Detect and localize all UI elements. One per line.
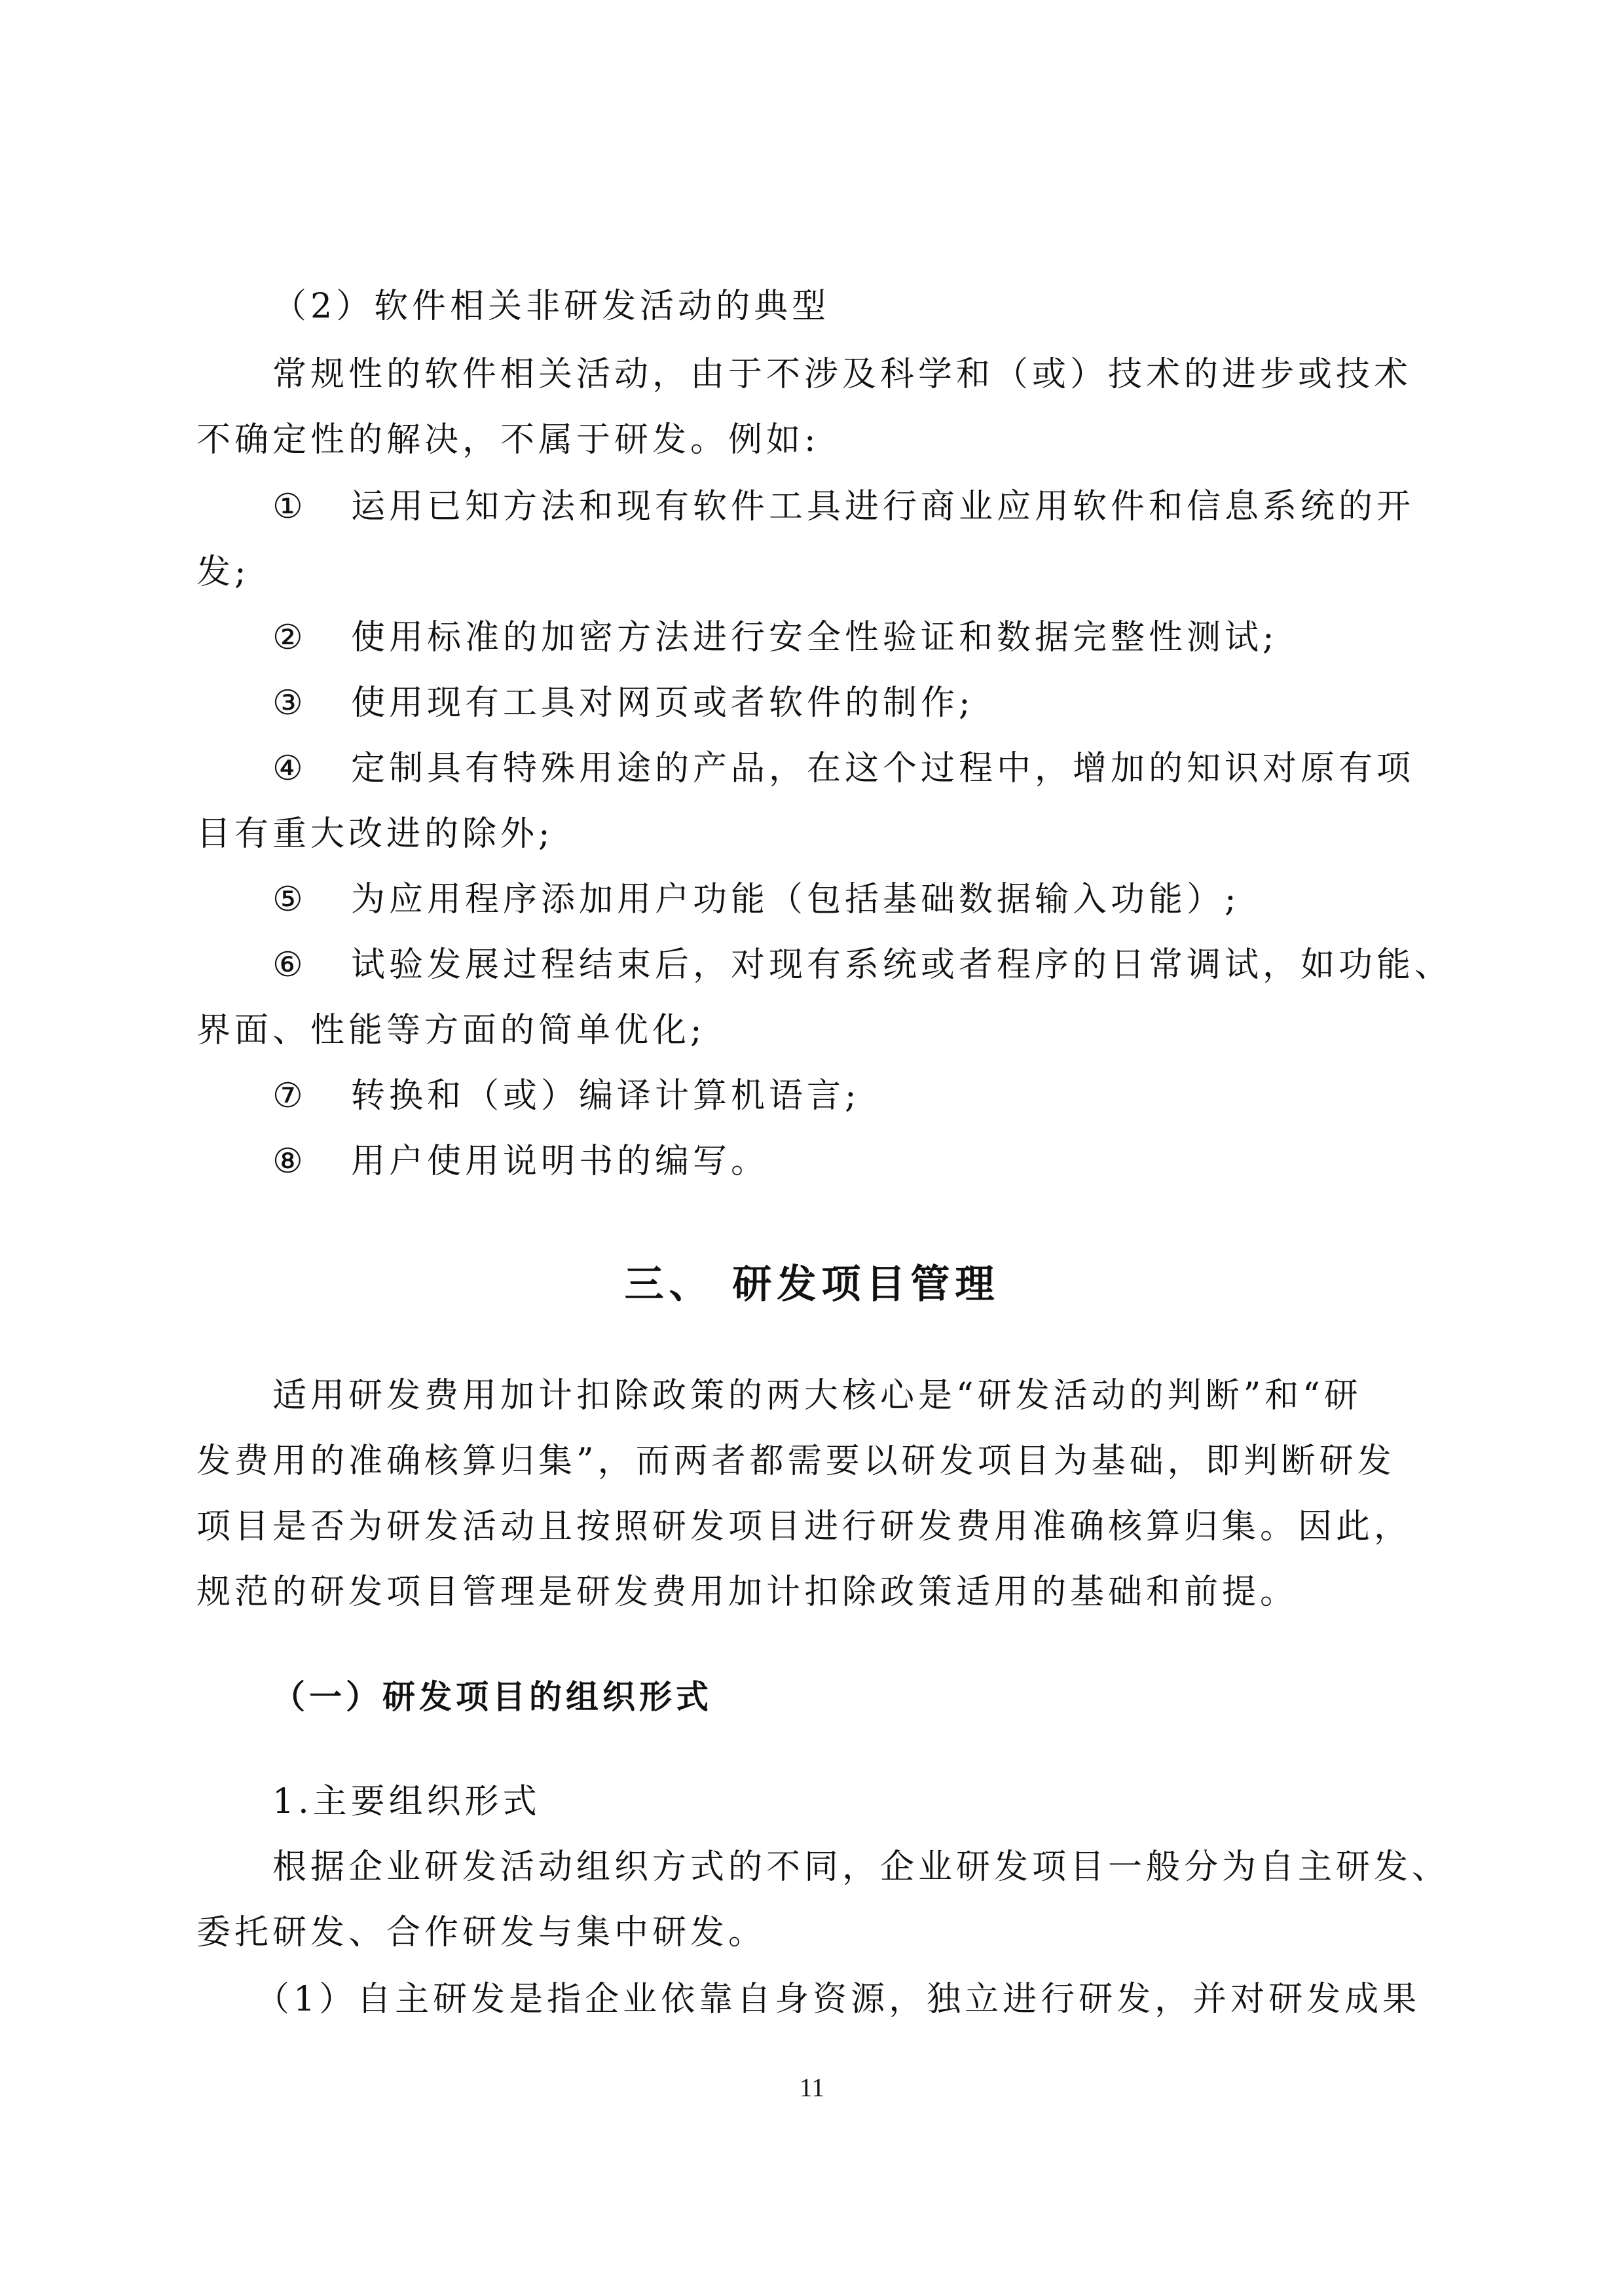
document-page: （2）软件相关非研发活动的典型 常规性的软件相关活动，由于不涉及科学和（或）技术… xyxy=(0,0,1624,2296)
section-paragraph-line-4: 规范的研发项目管理是研发费用加计扣除政策适用的基础和前提。 xyxy=(196,1571,1441,1613)
organization-paragraph-line-2: 委托研发、合作研发与集中研发。 xyxy=(196,1912,1441,1954)
point-1-self-rd: （1）自主研发是指企业依靠自身资源，独立进行研发，并对研发成果 xyxy=(255,1978,1500,2020)
list-item-6-continued: 界面、性能等方面的简单优化; xyxy=(196,1010,1441,1051)
list-item-1-continued: 发; xyxy=(196,551,1441,593)
intro-paragraph-line-1: 常规性的软件相关活动，由于不涉及科学和（或）技术的进步或技术 xyxy=(272,354,1517,395)
item-marker: ⑤ xyxy=(272,879,351,920)
item-marker: ④ xyxy=(272,748,351,790)
item-text: 用户使用说明书的编写。 xyxy=(351,1142,769,1181)
item-heading: 1.主要组织形式 xyxy=(272,1781,1517,1823)
list-item-6: ⑥试验发展过程结束后，对现有系统或者程序的日常调试，如功能、 xyxy=(272,944,1517,986)
subsection-heading: （2）软件相关非研发活动的典型 xyxy=(272,285,1517,327)
item-text: 试验发展过程结束后，对现有系统或者程序的日常调试，如功能、 xyxy=(351,945,1452,985)
page-number: 11 xyxy=(0,2072,1624,2103)
list-item-1: ①运用已知方法和现有软件工具进行商业应用软件和信息系统的开 xyxy=(272,486,1517,528)
item-text: 转换和（或）编译计算机语言; xyxy=(351,1076,860,1116)
section-paragraph-line-2: 发费用的准确核算归集”，而两者都需要以研发项目为基础，即判断研发 xyxy=(196,1440,1441,1482)
list-item-7: ⑦转换和（或）编译计算机语言; xyxy=(272,1075,1517,1117)
section-paragraph-line-3: 项目是否为研发活动且按照研发项目进行研发费用准确核算归集。因此， xyxy=(196,1506,1441,1548)
item-text: 使用现有工具对网页或者软件的制作; xyxy=(351,683,974,723)
list-item-8: ⑧用户使用说明书的编写。 xyxy=(272,1140,1517,1182)
list-item-4-continued: 目有重大改进的除外; xyxy=(196,813,1441,855)
list-item-4: ④定制具有特殊用途的产品，在这个过程中，增加的知识对原有项 xyxy=(272,748,1517,790)
organization-paragraph-line-1: 根据企业研发活动组织方式的不同，企业研发项目一般分为自主研发、 xyxy=(272,1846,1517,1888)
section-paragraph-line-1: 适用研发费用加计扣除政策的两大核心是“研发活动的判断”和“研 xyxy=(272,1375,1517,1417)
item-marker: ② xyxy=(272,617,351,659)
item-text: 使用标准的加密方法进行安全性验证和数据完整性测试; xyxy=(351,618,1278,657)
item-marker: ⑦ xyxy=(272,1075,351,1117)
list-item-5: ⑤为应用程序添加用户功能（包括基础数据输入功能）; xyxy=(272,879,1517,920)
section-title: 三、 研发项目管理 xyxy=(0,1260,1624,1309)
subsection-heading-organization: （一）研发项目的组织形式 xyxy=(272,1676,1517,1718)
list-item-2: ②使用标准的加密方法进行安全性验证和数据完整性测试; xyxy=(272,617,1517,659)
item-text: 定制具有特殊用途的产品，在这个过程中，增加的知识对原有项 xyxy=(351,749,1414,788)
intro-paragraph-line-2: 不确定性的解决，不属于研发。例如: xyxy=(196,419,1441,461)
item-text: 运用已知方法和现有软件工具进行商业应用软件和信息系统的开 xyxy=(351,487,1414,526)
item-marker: ③ xyxy=(272,682,351,724)
item-marker: ⑧ xyxy=(272,1140,351,1182)
item-marker: ⑥ xyxy=(272,944,351,986)
item-text: 为应用程序添加用户功能（包括基础数据输入功能）; xyxy=(351,880,1240,919)
list-item-3: ③使用现有工具对网页或者软件的制作; xyxy=(272,682,1517,724)
item-marker: ① xyxy=(272,486,351,528)
